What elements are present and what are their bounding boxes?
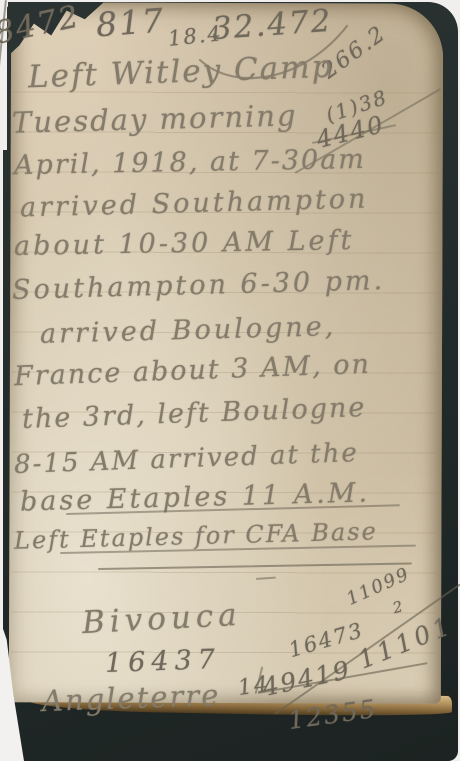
footer-word-bivouac: Bivouca xyxy=(81,600,242,639)
entry-line-2: Tuesday morning xyxy=(12,101,298,137)
entry-line-5: about 10-30 AM Left xyxy=(14,227,355,260)
footer-word-angleterre: Angleterre xyxy=(42,681,221,716)
top-number: 817 xyxy=(95,4,166,42)
entry-line-7: arrived Boulogne, xyxy=(40,313,337,348)
entry-line-3: April, 1918, at 7-30am xyxy=(14,146,366,179)
scanned-notebook: 8472 817 18.4 32.472 266.2 (1)38 4440 Le… xyxy=(0,0,460,761)
footer-number: 16437 xyxy=(105,646,222,677)
